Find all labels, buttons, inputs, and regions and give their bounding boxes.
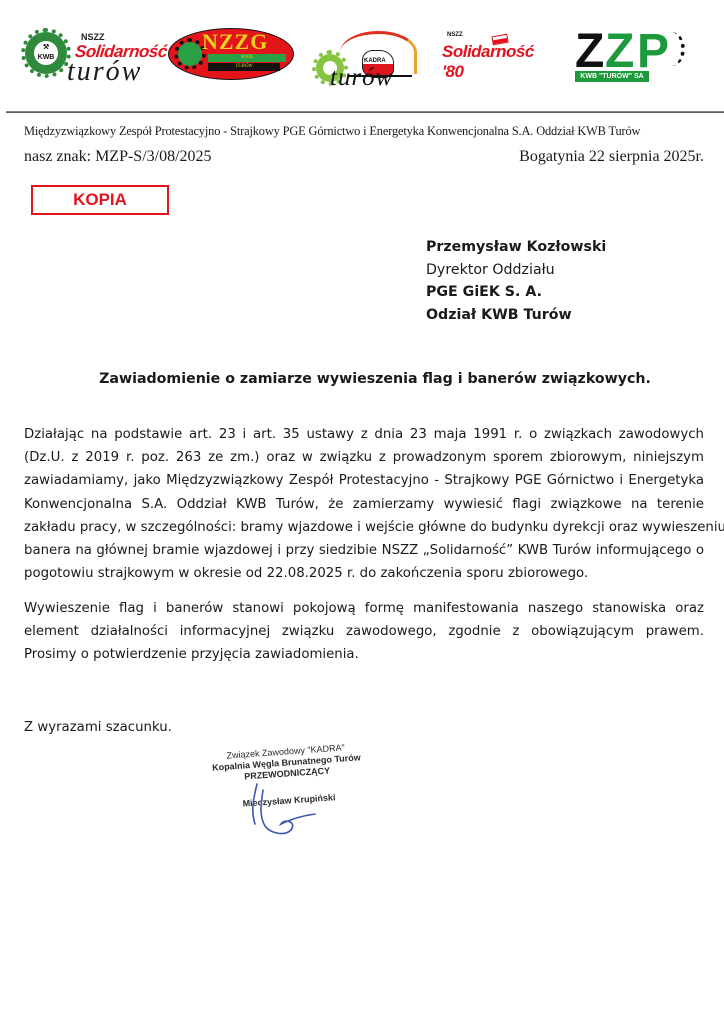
addressee-branch: Odział KWB Turów (426, 304, 606, 327)
body-line: (Dz.U. z 2019 r. poz. 263 ze zm.) oraz w… (24, 446, 704, 469)
logo-gear-text: KWB (38, 54, 55, 61)
subject-text: Zawiadomienie o zamiarze wywieszenia fla… (73, 371, 651, 387)
logo-script-text: turów (67, 56, 142, 88)
logo-small-text: NSZZ (447, 32, 463, 38)
logo-small-text: NSZZ (81, 32, 105, 42)
logo-letter-z-black: Z (575, 30, 604, 74)
body-line: element działalności informacyjnej związ… (24, 620, 704, 643)
handwritten-signature-icon (245, 780, 325, 840)
logo-zzp-kwb-turow: Z Z P KWB "TURÓW" SA (573, 28, 683, 86)
logo-letter-z-green: Z (605, 30, 634, 74)
body-line: banera na głównej bramie wjazdowej i prz… (24, 539, 704, 562)
logo-solidarnosc-80: NSZZ Solidarność '80 (440, 32, 550, 72)
body-line: Wywieszenie flag i banerów stanowi pokoj… (24, 597, 704, 620)
logo-main-text: Solidarność '80 (442, 42, 550, 82)
header-divider (6, 111, 724, 113)
logo-band: KWB "TURÓW" SA (575, 71, 649, 82)
logo-nszz-solidarnosc-turow: ⚒KWB NSZZ Solidarność turów (25, 30, 165, 85)
organization-line: Międzyzwiązkowy Zespół Protestacyjno - S… (24, 124, 640, 139)
body-line: Działając na podstawie art. 23 i art. 35… (24, 423, 704, 446)
body-line: zawiadamiamy, jako Międzyzwiązkowy Zespó… (24, 469, 704, 492)
body-line: Prosimy o potwierdzenie przyjęcia zawiad… (24, 643, 704, 666)
logo-underline (348, 75, 412, 77)
body-paragraph-1: Działając na podstawie art. 23 i art. 35… (24, 423, 704, 585)
addressee-block: Przemysław Kozłowski Dyrektor Oddziału P… (426, 236, 606, 326)
logo-band-black: TURÓW (208, 63, 280, 71)
copy-stamp: KOPIA (31, 185, 169, 215)
addressee-position: Dyrektor Oddziału (426, 259, 606, 282)
addressee-name: Przemysław Kozłowski (426, 236, 606, 259)
logo-kadra-turow: KADRA turów (310, 28, 415, 90)
addressee-company: PGE GiEK S. A. (426, 281, 606, 304)
reference-number: nasz znak: MZP-S/3/08/2025 (24, 148, 212, 166)
gear-icon: ⚒KWB (25, 32, 67, 74)
body-line: Konwencjonalna S.A. Oddział KWB Turów, ż… (24, 493, 704, 516)
logo-main-text: NZZG (202, 29, 268, 55)
letter-subject: Zawiadomienie o zamiarze wywieszenia fla… (0, 371, 724, 387)
logo-band-green: KWB (208, 54, 286, 62)
hammer-pick-icon: ⚒KWB (34, 41, 58, 65)
logo-nzzg: NZZG KWB TURÓW (168, 28, 294, 80)
logo-script-text: turów (330, 64, 393, 92)
closing-formula: Z wyrazami szacunku. (24, 720, 172, 735)
place-date: Bogatynia 22 sierpnia 2025r. (519, 148, 704, 166)
body-paragraph-2: Wywieszenie flag i banerów stanowi pokoj… (24, 597, 704, 667)
gear-icon (659, 32, 685, 66)
body-line: zakładu pracy, w szczególności: bramy wj… (24, 516, 704, 539)
body-line: pogotowiu strajkowym w okresie od 22.08.… (24, 562, 704, 585)
gear-icon (178, 42, 202, 66)
